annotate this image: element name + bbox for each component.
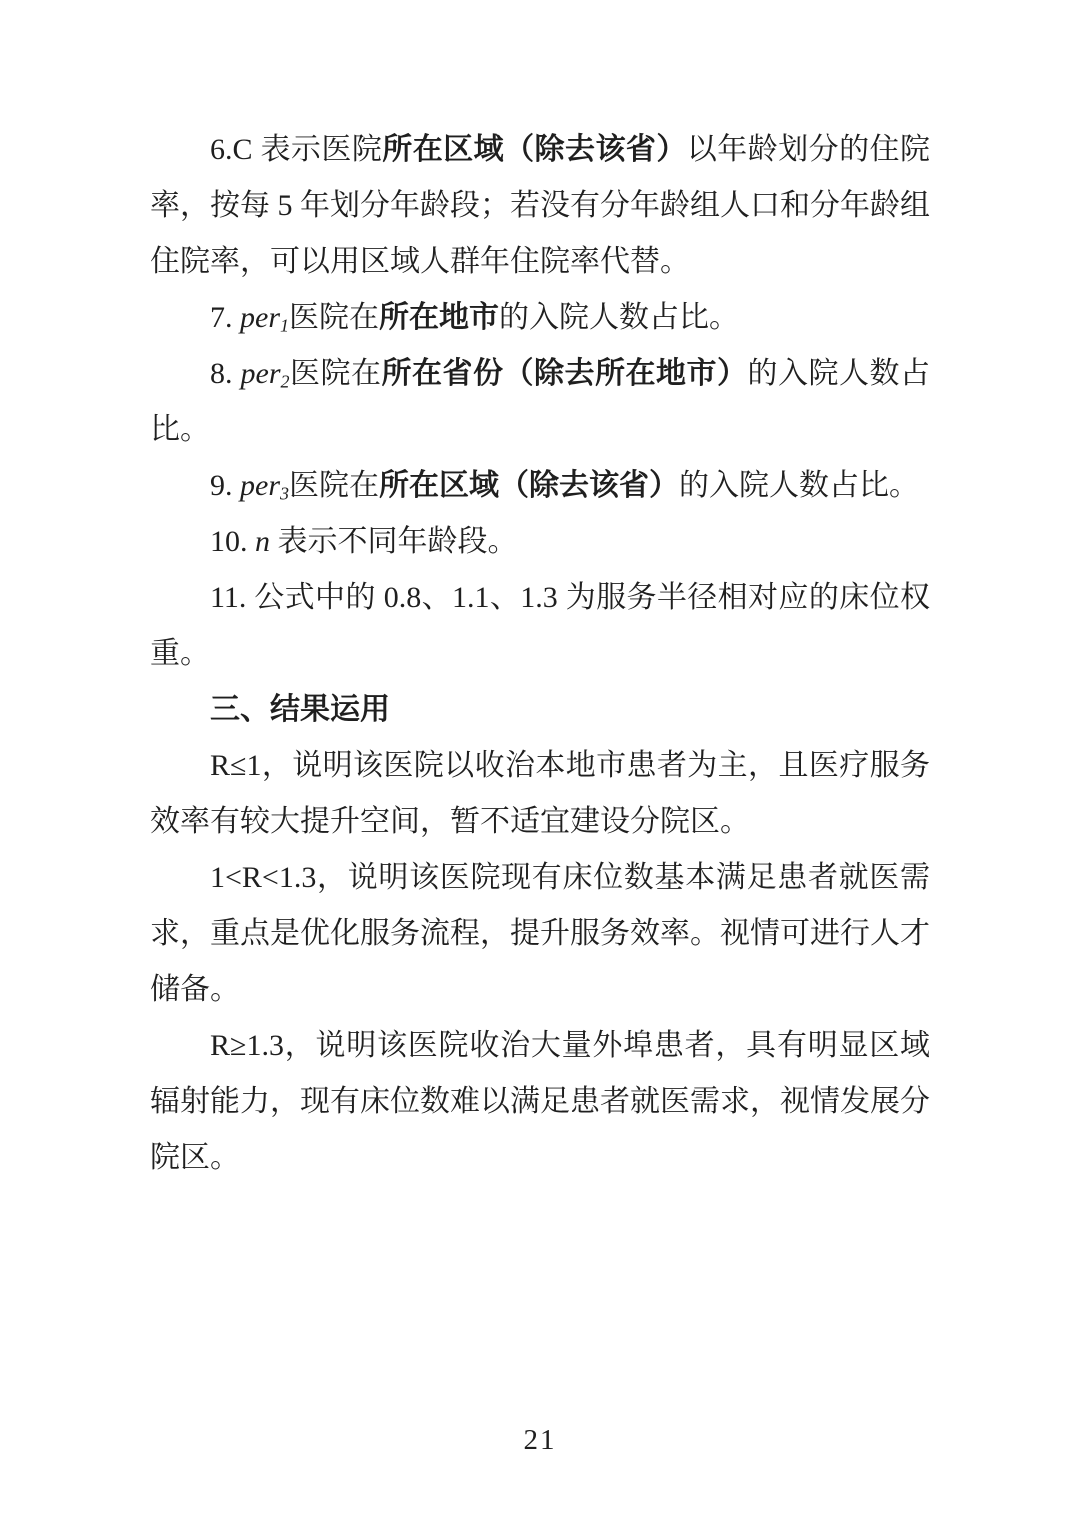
note-item-10: 10. n 表示不同年龄段。 <box>150 514 930 570</box>
variable-subscript: 2 <box>281 372 290 392</box>
text-run: 7. <box>210 301 240 334</box>
text-run-bold: 所在区域（除去该省） <box>382 133 687 166</box>
result-paragraph-r-between: 1<R<1.3，说明该医院现有床位数基本满足患者就医需求，重点是优化服务流程，提… <box>150 850 930 1018</box>
section-heading: 三、结果运用 <box>150 682 930 738</box>
result-paragraph-r-ge-1-3: R≥1.3，说明该医院收治大量外埠患者，具有明显区域辐射能力，现有床位数难以满足… <box>150 1018 930 1186</box>
result-paragraph-r-le-1: R≤1，说明该医院以收治本地市患者为主，且医疗服务效率有较大提升空间，暂不适宜建… <box>150 738 930 850</box>
note-item-9: 9. per3医院在所在区域（除去该省）的入院人数占比。 <box>150 458 930 514</box>
note-item-7: 7. per1医院在所在地市的入院人数占比。 <box>150 290 930 346</box>
text-run: 的入院人数占比。 <box>679 469 919 502</box>
text-run: 医院在 <box>290 357 382 390</box>
note-item-8: 8. per2医院在所在省份（除去所在地市）的入院人数占比。 <box>150 346 930 458</box>
variable-per: per <box>241 357 281 390</box>
variable-per: per <box>240 301 280 334</box>
variable-per: per <box>240 469 280 502</box>
text-run-bold: 所在省份（除去所在地市） <box>382 357 748 390</box>
text-run: 医院在 <box>289 469 379 502</box>
text-run-bold: 所在区域（除去该省） <box>379 469 679 502</box>
note-item-11: 11. 公式中的 0.8、1.1、1.3 为服务半径相对应的床位权重。 <box>150 570 930 682</box>
text-run: 表示不同年龄段。 <box>270 525 518 558</box>
document-body: 6.C 表示医院所在区域（除去该省）以年龄划分的住院率，按每 5 年划分年龄段；… <box>150 122 930 1186</box>
text-run: 的入院人数占比。 <box>499 301 739 334</box>
text-run: 6.C 表示医院 <box>210 133 382 166</box>
variable-subscript: 1 <box>280 316 289 336</box>
document-page: 6.C 表示医院所在区域（除去该省）以年龄划分的住院率，按每 5 年划分年龄段；… <box>0 0 1080 1526</box>
page-number: 21 <box>0 1424 1080 1457</box>
variable-subscript: 3 <box>280 484 289 504</box>
text-run: 医院在 <box>289 301 379 334</box>
text-run: 10. <box>210 525 255 558</box>
variable-n: n <box>255 525 270 558</box>
note-item-6: 6.C 表示医院所在区域（除去该省）以年龄划分的住院率，按每 5 年划分年龄段；… <box>150 122 930 290</box>
text-run: 9. <box>210 469 240 502</box>
text-run-bold: 所在地市 <box>379 301 499 334</box>
text-run: 11. 公式中的 0.8、1.1、1.3 为服务半径相对应的床位权重。 <box>150 581 930 670</box>
text-run: 8. <box>210 357 241 390</box>
